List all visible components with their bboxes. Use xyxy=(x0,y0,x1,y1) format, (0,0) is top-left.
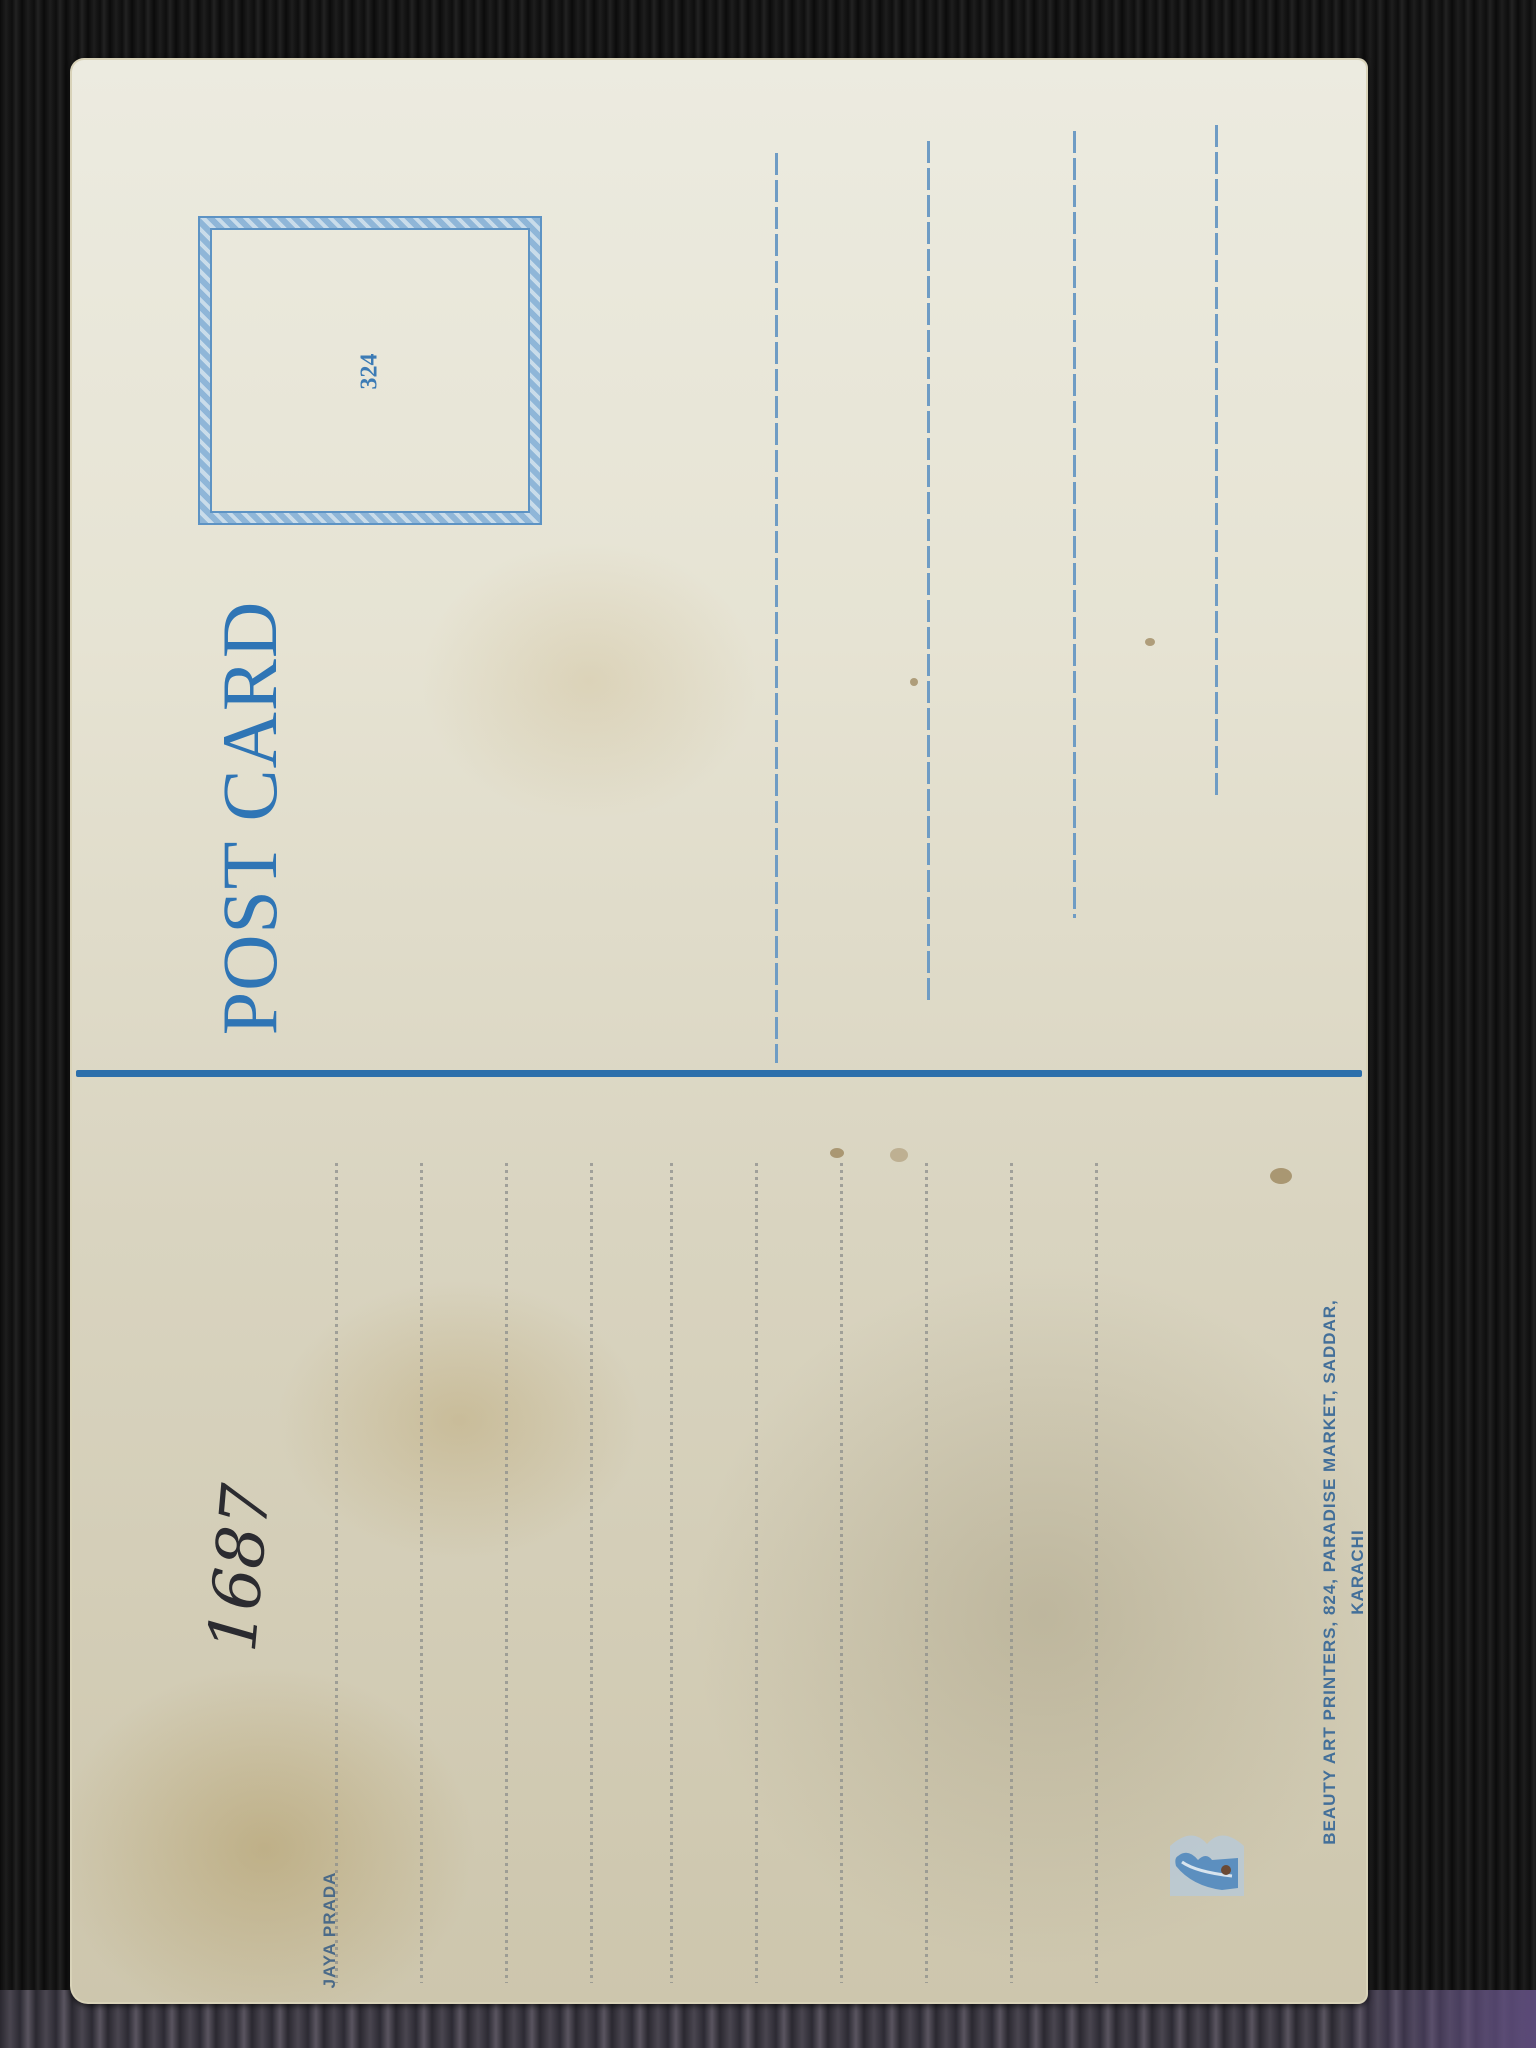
message-line xyxy=(1095,1163,1098,1983)
address-line-4 xyxy=(1215,125,1218,798)
address-line-1 xyxy=(775,153,778,1063)
paper-stain xyxy=(830,1148,844,1158)
postcard-divider-line xyxy=(76,1070,1362,1077)
address-line-2 xyxy=(927,141,930,1003)
message-line xyxy=(505,1163,508,1983)
paper-stain xyxy=(1145,638,1155,646)
paper-stain xyxy=(1270,1168,1292,1184)
message-line xyxy=(420,1163,423,1983)
post-card-heading: POST CARD xyxy=(210,553,290,1083)
message-line xyxy=(925,1163,928,1983)
message-line xyxy=(670,1163,673,1983)
message-line xyxy=(755,1163,758,1983)
beauty-art-printers-logo-icon xyxy=(1162,1826,1252,1906)
message-line xyxy=(840,1163,843,1983)
postcard-back: 324 POST CARD 1687 JAYA PRADA BEAUTY ART… xyxy=(70,58,1368,2004)
paper-stain xyxy=(890,1148,908,1162)
printer-imprint: BEAUTY ART PRINTERS, 824, PARADISE MARKE… xyxy=(1316,1262,1344,1882)
handwritten-number: 1687 xyxy=(191,1465,288,1671)
photo-caption: JAYA PRADA xyxy=(318,1860,342,2000)
message-line xyxy=(1010,1163,1013,1983)
address-line-3 xyxy=(1073,131,1076,918)
message-line xyxy=(590,1163,593,1983)
paper-stain xyxy=(910,678,918,686)
stamp-box-number: 324 xyxy=(357,342,384,402)
